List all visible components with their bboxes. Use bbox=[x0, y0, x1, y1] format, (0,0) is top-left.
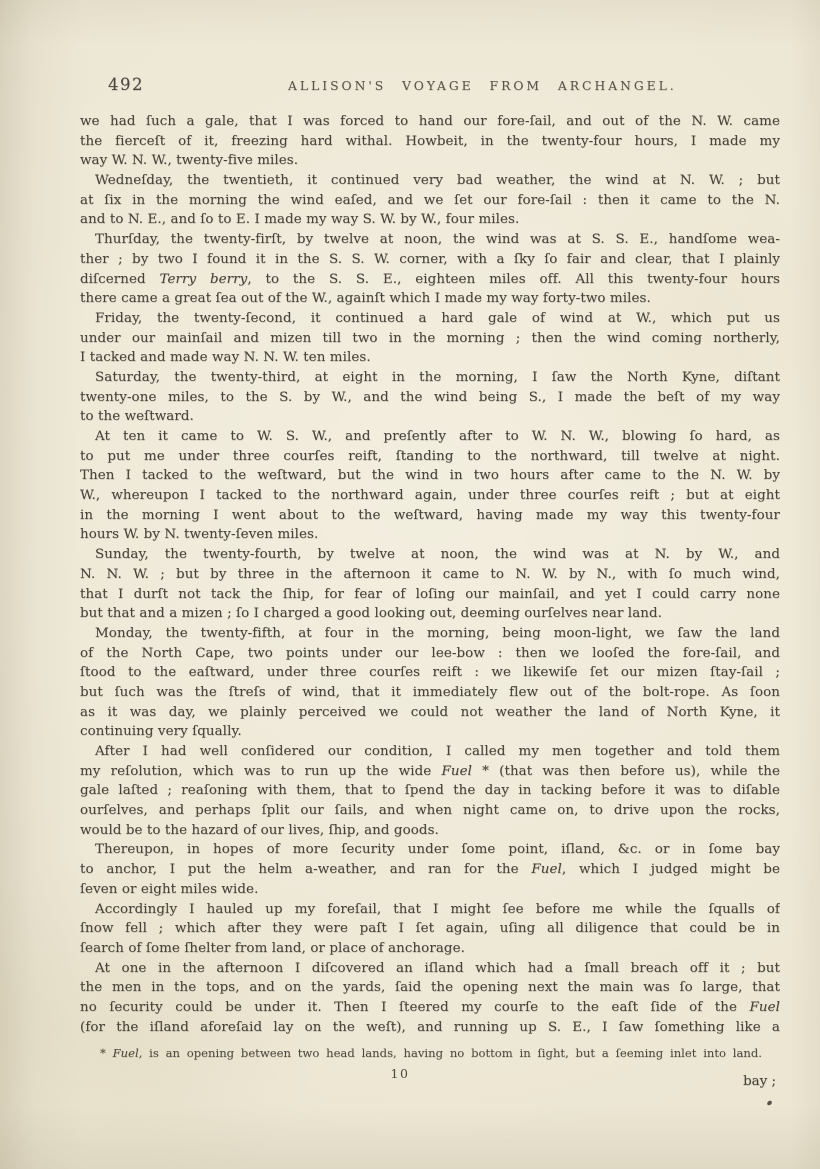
text-line: Friday, the twenty-ſecond, it continued … bbox=[80, 309, 780, 329]
text-segment: is an opening between two head lands, ha… bbox=[142, 1046, 762, 1060]
text-line: gale laſted ; reaſoning with them, that … bbox=[80, 781, 780, 801]
text-segment: that I durſt not tack the ſhip, for fear… bbox=[80, 587, 780, 602]
text-segment: , to the S. S. E., eighteen miles off. A… bbox=[247, 272, 780, 287]
text-line: Accordingly I hauled up my foreſail, tha… bbox=[80, 900, 780, 920]
text-segment: ſeven or eight miles wide. bbox=[80, 882, 258, 897]
text-line: the men in the tops, and on the yards, ſ… bbox=[80, 978, 780, 998]
text-segment: the fierceſt of it, freezing hard withal… bbox=[80, 134, 780, 149]
running-head: 492 ALLISON'S VOYAGE FROM ARCHANGEL. bbox=[80, 79, 780, 101]
text-segment: Accordingly I hauled up my foreſail, tha… bbox=[95, 902, 780, 917]
text-line: would be to the hazard of our lives, ſhi… bbox=[80, 821, 780, 841]
italic-text: Terry berry bbox=[159, 272, 247, 287]
text-segment: Thereupon, in hopes of more ſecurity und… bbox=[95, 842, 780, 857]
text-segment: , which I judged might be bbox=[562, 862, 780, 877]
text-segment: there came a great ſea out of the W., ag… bbox=[80, 291, 651, 306]
text-line: (for the iſland aforeſaid lay on the weſ… bbox=[80, 1018, 780, 1038]
text-line: ourſelves, and perhaps ſplit our ſails, … bbox=[80, 801, 780, 821]
text-line: N. N. W. ; but by three in the afternoon… bbox=[80, 565, 780, 585]
text-segment: I tacked and made way N. N. W. ten miles… bbox=[80, 350, 371, 365]
text-line: Wedneſday, the twentieth, it continued v… bbox=[80, 171, 780, 191]
text-segment: but ſuch was the ſtreſs of wind, that it… bbox=[80, 685, 780, 700]
text-line: to the weſtward. bbox=[80, 407, 780, 427]
text-segment: ther ; by two I found it in the S. S. W.… bbox=[80, 252, 780, 267]
text-line: we had ſuch a gale, that I was forced to… bbox=[80, 112, 780, 132]
text-line: At ten it came to W. S. W., and preſentl… bbox=[80, 427, 780, 447]
text-segment: but that and a mizen ; ſo I charged a go… bbox=[80, 606, 662, 621]
text-segment: no ſecurity could be under it. Then I ſt… bbox=[80, 1000, 749, 1015]
text-line: there came a great ſea out of the W., ag… bbox=[80, 289, 780, 309]
text-line: ſtood to the eaſtward, under three courſ… bbox=[80, 663, 780, 683]
text-line: of the North Cape, two points under our … bbox=[80, 644, 780, 664]
text-segment: at ſix in the morning the wind eaſed, an… bbox=[80, 193, 780, 208]
text-segment: Monday, the twenty-fifth, at four in the… bbox=[95, 626, 780, 641]
text-segment: continuing very ſqually. bbox=[80, 724, 242, 739]
text-segment: hours W. by N. twenty-ſeven miles. bbox=[80, 527, 318, 542]
italic-text: Fuel bbox=[531, 862, 562, 877]
text-line: W., whereupon I tacked to the northward … bbox=[80, 486, 780, 506]
text-segment: * (that was then before us), while the bbox=[472, 764, 780, 779]
text-segment: After I had well conſidered our conditio… bbox=[95, 744, 780, 759]
text-line: I tacked and made way N. N. W. ten miles… bbox=[80, 348, 780, 368]
text-line: that I durſt not tack the ſhip, for fear… bbox=[80, 585, 780, 605]
text-segment: would be to the hazard of our lives, ſhi… bbox=[80, 823, 439, 838]
text-line: my reſolution, which was to run up the w… bbox=[80, 762, 780, 782]
text-segment: of the North Cape, two points under our … bbox=[80, 646, 780, 661]
text-segment: Sunday, the twenty-fourth, by twelve at … bbox=[95, 547, 780, 562]
text-line: diſcerned Terry berry, to the S. S. E., … bbox=[80, 270, 780, 290]
catchword: bay ; bbox=[743, 1074, 776, 1089]
text-line: Then I tacked to the weſtward, but the w… bbox=[80, 466, 780, 486]
body-text: we had ſuch a gale, that I was forced to… bbox=[80, 112, 780, 1037]
text-line: in the morning I went about to the weſtw… bbox=[80, 506, 780, 526]
text-line: ſnow fell ; which after they were paſt I… bbox=[80, 919, 780, 939]
text-line: but that and a mizen ; ſo I charged a go… bbox=[80, 604, 780, 624]
text-segment: in the morning I went about to the weſtw… bbox=[80, 508, 780, 523]
text-line: and to N. E., and ſo to E. I made my way… bbox=[80, 210, 780, 230]
text-segment: under our mainſail and mizen till two in… bbox=[80, 331, 780, 346]
text-segment: Saturday, the twenty-third, at eight in … bbox=[95, 370, 780, 385]
text-segment: ourſelves, and perhaps ſplit our ſails, … bbox=[80, 803, 780, 818]
text-line: ſeven or eight miles wide. bbox=[80, 880, 780, 900]
text-segment: ſearch of ſome ſhelter from land, or pla… bbox=[80, 941, 465, 956]
text-line: as it was day, we plainly perceived we c… bbox=[80, 703, 780, 723]
text-segment: to put me under three courſes reift, ſta… bbox=[80, 449, 780, 464]
text-line: Thurſday, the twenty-firſt, by twelve at… bbox=[80, 230, 780, 250]
text-line: to put me under three courſes reift, ſta… bbox=[80, 447, 780, 467]
text-segment: W., whereupon I tacked to the northward … bbox=[80, 488, 780, 503]
ink-speck bbox=[766, 1100, 772, 1106]
text-segment: we had ſuch a gale, that I was forced to… bbox=[80, 114, 780, 129]
text-segment: * bbox=[100, 1046, 113, 1060]
text-segment: Thurſday, the twenty-firſt, by twelve at… bbox=[95, 232, 780, 247]
text-segment: ſtood to the eaſtward, under three courſ… bbox=[80, 665, 780, 680]
text-line: ther ; by two I found it in the S. S. W.… bbox=[80, 250, 780, 270]
text-line: continuing very ſqually. bbox=[80, 722, 780, 742]
text-line: Monday, the twenty-fifth, at four in the… bbox=[80, 624, 780, 644]
text-line: at ſix in the morning the wind eaſed, an… bbox=[80, 191, 780, 211]
text-segment: my reſolution, which was to run up the w… bbox=[80, 764, 441, 779]
signature-mark: 10 bbox=[50, 1066, 750, 1081]
text-segment: gale laſted ; reaſoning with them, that … bbox=[80, 783, 780, 798]
text-line: ſearch of ſome ſhelter from land, or pla… bbox=[80, 939, 780, 959]
text-segment: way W. N. W., twenty-five miles. bbox=[80, 153, 298, 168]
text-segment: ſnow fell ; which after they were paſt I… bbox=[80, 921, 780, 936]
text-segment: Wedneſday, the twentieth, it continued v… bbox=[95, 173, 780, 188]
italic-text: Fuel bbox=[441, 764, 472, 779]
text-line: no ſecurity could be under it. Then I ſt… bbox=[80, 998, 780, 1018]
text-segment: At ten it came to W. S. W., and preſentl… bbox=[95, 429, 780, 444]
page-number: 492 bbox=[108, 75, 144, 94]
text-segment: the men in the tops, and on the yards, ſ… bbox=[80, 980, 780, 995]
text-segment: At one in the afternoon I diſcovered an … bbox=[95, 961, 780, 976]
text-line: At one in the afternoon I diſcovered an … bbox=[80, 959, 780, 979]
text-line: way W. N. W., twenty-five miles. bbox=[80, 151, 780, 171]
italic-text: Fuel bbox=[749, 1000, 780, 1015]
text-line: Thereupon, in hopes of more ſecurity und… bbox=[80, 840, 780, 860]
text-segment: N. N. W. ; but by three in the afternoon… bbox=[80, 567, 780, 582]
text-line: After I had well conſidered our conditio… bbox=[80, 742, 780, 762]
italic-text: Fuel, bbox=[113, 1046, 143, 1060]
text-line: the fierceſt of it, freezing hard withal… bbox=[80, 132, 780, 152]
text-segment: (for the iſland aforeſaid lay on the weſ… bbox=[80, 1020, 780, 1035]
text-line: Sunday, the twenty-fourth, by twelve at … bbox=[80, 545, 780, 565]
text-segment: as it was day, we plainly perceived we c… bbox=[80, 705, 780, 720]
text-line: hours W. by N. twenty-ſeven miles. bbox=[80, 525, 780, 545]
running-title: ALLISON'S VOYAGE FROM ARCHANGEL. bbox=[288, 79, 677, 93]
text-segment: and to N. E., and ſo to E. I made my way… bbox=[80, 212, 519, 227]
text-line: to anchor, I put the helm a-weather, and… bbox=[80, 860, 780, 880]
text-segment: twenty-one miles, to the S. by W., and t… bbox=[80, 390, 780, 405]
text-segment: to the weſtward. bbox=[80, 409, 194, 424]
book-page-scan: 492 ALLISON'S VOYAGE FROM ARCHANGEL. we … bbox=[0, 0, 820, 1169]
text-line: under our mainſail and mizen till two in… bbox=[80, 329, 780, 349]
text-segment: to anchor, I put the helm a-weather, and… bbox=[80, 862, 531, 877]
text-segment: Then I tacked to the weſtward, but the w… bbox=[80, 468, 780, 483]
text-segment: Friday, the twenty-ſecond, it continued … bbox=[95, 311, 780, 326]
footnote: * Fuel, is an opening between two head l… bbox=[100, 1046, 762, 1060]
text-line: but ſuch was the ſtreſs of wind, that it… bbox=[80, 683, 780, 703]
text-segment: diſcerned bbox=[80, 272, 159, 287]
text-line: twenty-one miles, to the S. by W., and t… bbox=[80, 388, 780, 408]
text-line: Saturday, the twenty-third, at eight in … bbox=[80, 368, 780, 388]
